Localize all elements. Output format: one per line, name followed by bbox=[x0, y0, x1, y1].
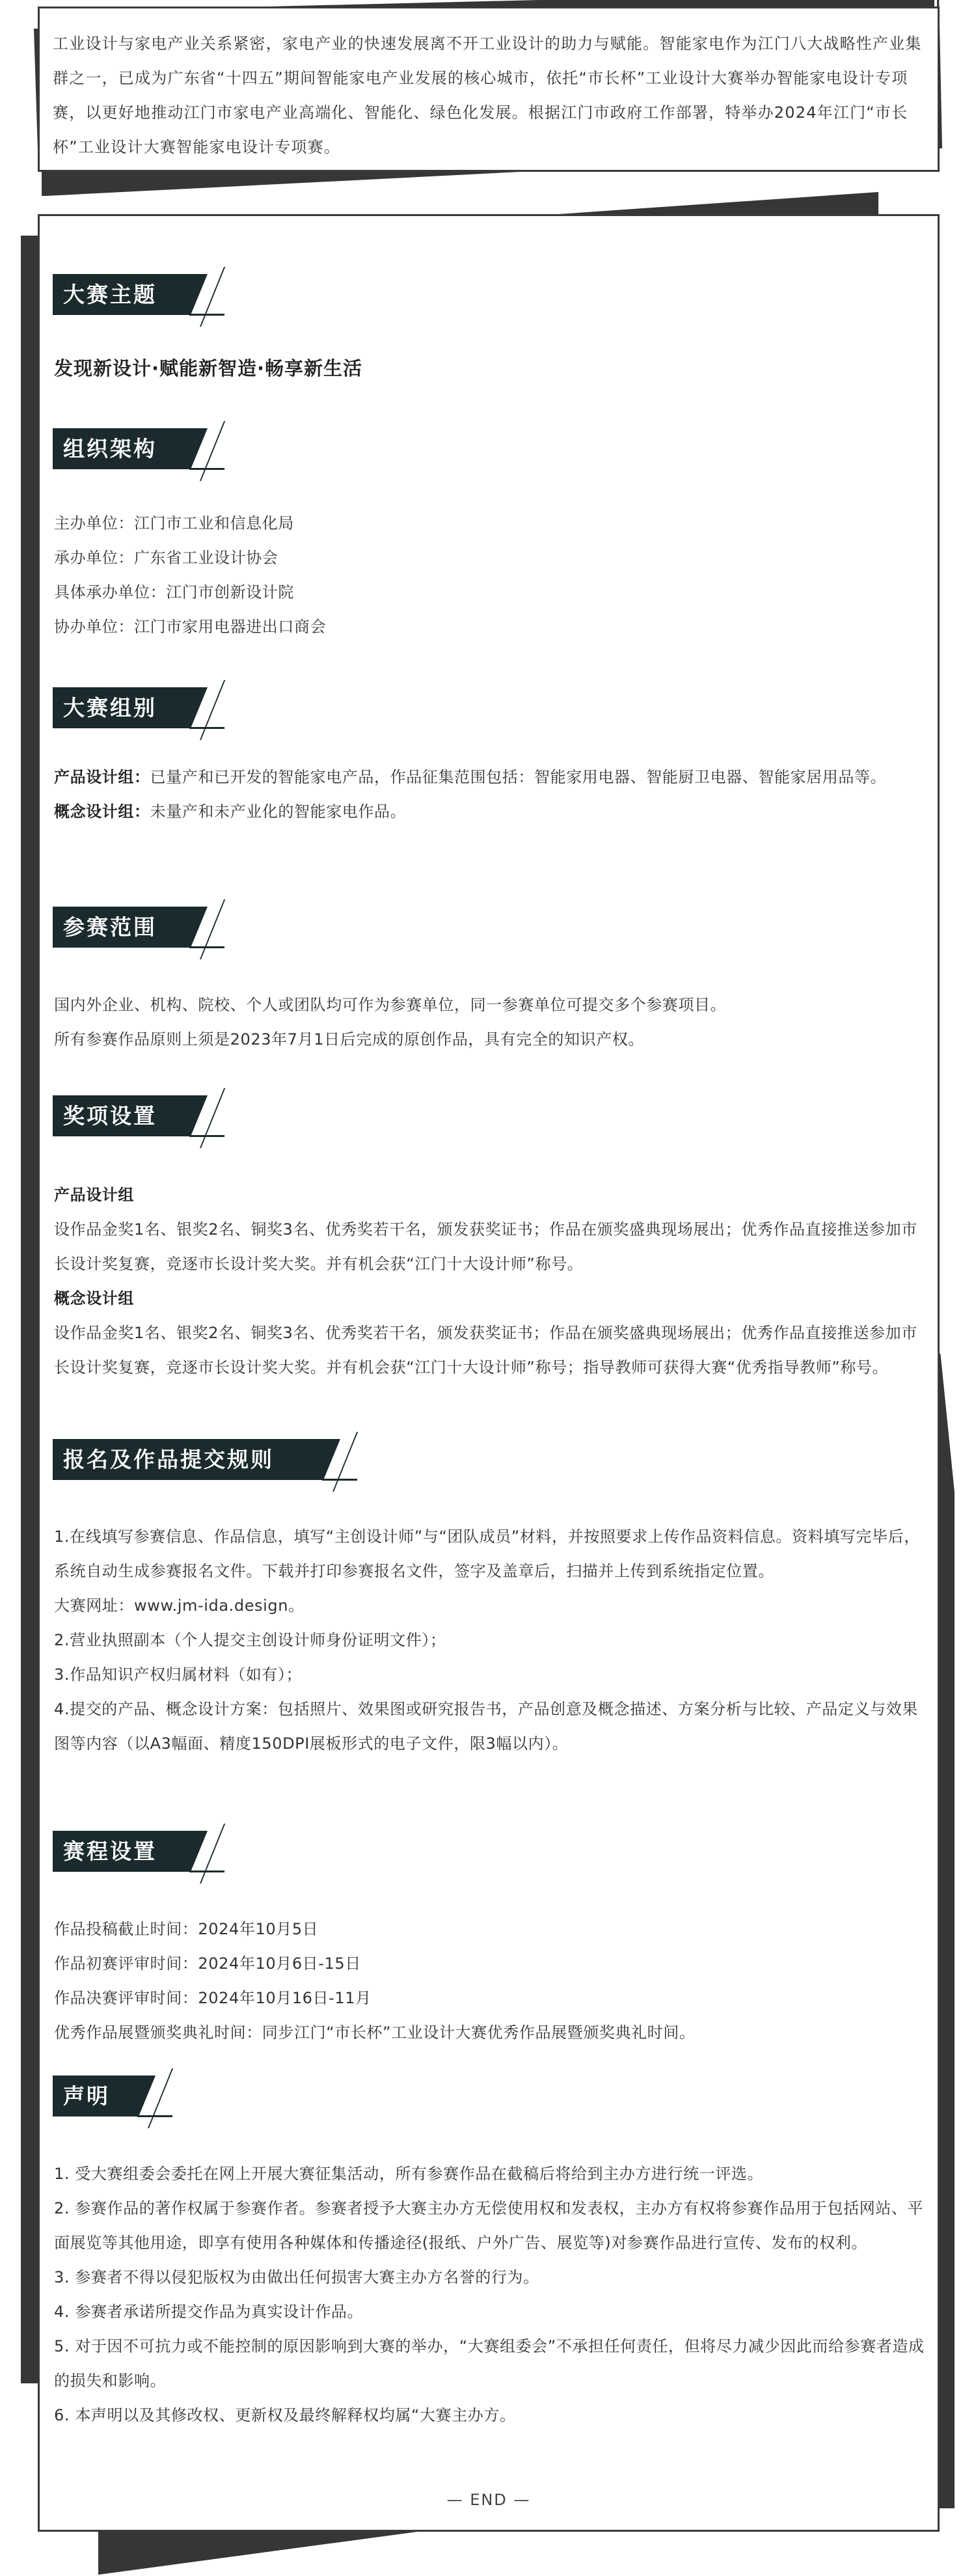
section-title: 声明 bbox=[53, 2076, 156, 2117]
intro-box: 工业设计与家电产业关系紧密，家电产业的快速发展离不开工业设计的助力与赋能。智能家… bbox=[38, 7, 940, 172]
organization-item: 主办单位：江门市工业和信息化局 bbox=[54, 506, 932, 541]
header-baseline-decoration bbox=[189, 727, 224, 729]
rule-item-website: 大赛网址：www.jm-ida.design。 bbox=[54, 1589, 932, 1623]
main-top-shadow bbox=[540, 192, 878, 215]
main-bottom-shadow bbox=[98, 2529, 437, 2575]
group-item-concept: 概念设计组：未量产和未产业化的智能家电作品。 bbox=[54, 795, 932, 829]
disclaimer-item: 6. 本声明以及其修改权、更新权及最终解释权均属“大赛主办方。 bbox=[54, 2398, 932, 2433]
award-group-desc: 设作品金奖1名、银奖2名、铜奖3名、优秀奖若干名，颁发获奖证书；作品在颁奖盛典现… bbox=[54, 1213, 932, 1281]
header-baseline-decoration bbox=[189, 314, 224, 316]
header-baseline-decoration bbox=[189, 1135, 224, 1137]
theme-slogan: 发现新设计·赋能新智造·畅享新生活 bbox=[54, 351, 932, 386]
section-title: 赛程设置 bbox=[53, 1831, 208, 1872]
section-title: 大赛主题 bbox=[53, 274, 208, 315]
disclaimer-list: 1. 受大赛组委会委托在网上开展大赛征集活动，所有参赛作品在截稿后将给到主办方进… bbox=[54, 2157, 932, 2433]
disclaimer-item: 2. 参赛作品的著作权属于参赛作者。参赛者授予大赛主办方无偿使用权和发表权，主办… bbox=[54, 2191, 932, 2260]
header-baseline-decoration bbox=[189, 946, 224, 948]
rule-item: 1.在线填写参赛信息、作品信息，填写“主创设计师”与“团队成员”材料，并按照要求… bbox=[54, 1520, 932, 1589]
awards-list: 产品设计组 设作品金奖1名、银奖2名、铜奖3名、优秀奖若干名，颁发获奖证书；作品… bbox=[54, 1178, 932, 1385]
group-label: 产品设计组： bbox=[54, 768, 150, 786]
disclaimer-item: 1. 受大赛组委会委托在网上开展大赛征集活动，所有参赛作品在截稿后将给到主办方进… bbox=[54, 2157, 932, 2191]
scope-item: 国内外企业、机构、院校、个人或团队均可作为参赛单位，同一参赛单位可提交多个参赛项… bbox=[54, 988, 932, 1022]
groups-list: 产品设计组：已量产和已开发的智能家电产品，作品征集范围包括：智能家用电器、智能厨… bbox=[54, 760, 932, 829]
disclaimer-item: 5. 对于因不可抗力或不能控制的原因影响到大赛的举办，“大赛组委会”不承担任何责… bbox=[54, 2329, 932, 2398]
group-item-product: 产品设计组：已量产和已开发的智能家电产品，作品征集范围包括：智能家用电器、智能厨… bbox=[54, 760, 932, 795]
disclaimer-item: 4. 参赛者承诺所提交作品为真实设计作品。 bbox=[54, 2295, 932, 2329]
section-title: 组织架构 bbox=[53, 428, 208, 469]
section-title: 参赛范围 bbox=[53, 907, 208, 948]
section-title: 奖项设置 bbox=[53, 1095, 208, 1136]
organization-list: 主办单位：江门市工业和信息化局 承办单位：广东省工业设计协会 具体承办单位：江门… bbox=[54, 506, 932, 644]
disclaimer-item: 3. 参赛者不得以侵犯版权为由做出任何损害大赛主办方名誉的行为。 bbox=[54, 2260, 932, 2295]
schedule-item: 作品投稿截止时间：2024年10月5日 bbox=[54, 1912, 932, 1947]
section-title: 大赛组别 bbox=[53, 687, 208, 728]
rule-item: 3.作品知识产权归属材料（如有）； bbox=[54, 1658, 932, 1692]
intro-paragraph: 工业设计与家电产业关系紧密，家电产业的快速发展离不开工业设计的助力与赋能。智能家… bbox=[53, 27, 931, 165]
award-group-name: 产品设计组 bbox=[54, 1178, 932, 1213]
award-group-desc: 设作品金奖1名、银奖2名、铜奖3名、优秀奖若干名，颁发获奖证书；作品在颁奖盛典现… bbox=[54, 1316, 932, 1385]
section-title: 报名及作品提交规则 bbox=[53, 1439, 340, 1480]
organization-item: 承办单位：广东省工业设计协会 bbox=[54, 541, 932, 575]
schedule-list: 作品投稿截止时间：2024年10月5日 作品初赛评审时间：2024年10月6日-… bbox=[54, 1912, 932, 2050]
intro-bottom-shadow bbox=[42, 171, 536, 196]
end-mark: — END — bbox=[40, 2491, 938, 2509]
header-baseline-decoration bbox=[189, 468, 224, 470]
group-desc: 已量产和已开发的智能家电产品，作品征集范围包括：智能家用电器、智能厨卫电器、智能… bbox=[150, 768, 887, 786]
header-baseline-decoration bbox=[137, 2115, 172, 2117]
organization-item: 具体承办单位：江门市创新设计院 bbox=[54, 575, 932, 610]
scope-list: 国内外企业、机构、院校、个人或团队均可作为参赛单位，同一参赛单位可提交多个参赛项… bbox=[54, 988, 932, 1057]
main-content-box: 大赛主题 发现新设计·赋能新智造·畅享新生活 组织架构 主办单位：江门市工业和信… bbox=[38, 214, 940, 2532]
group-label: 概念设计组： bbox=[54, 802, 150, 821]
organization-item: 协办单位：江门市家用电器进出口商会 bbox=[54, 610, 932, 644]
header-baseline-decoration bbox=[322, 1479, 357, 1481]
schedule-item: 优秀作品展暨颁奖典礼时间：同步江门“市长杯”工业设计大赛优秀作品展暨颁奖典礼时间… bbox=[54, 2016, 932, 2050]
header-baseline-decoration bbox=[189, 1870, 224, 1872]
schedule-item: 作品初赛评审时间：2024年10月6日-15日 bbox=[54, 1947, 932, 1981]
main-right-shadow bbox=[937, 1354, 955, 2508]
rule-item: 4.提交的产品、概念设计方案：包括照片、效果图或研究报告书，产品创意及概念描述、… bbox=[54, 1692, 932, 1761]
schedule-item: 作品决赛评审时间：2024年10月16日-11月 bbox=[54, 1981, 932, 2016]
scope-item: 所有参赛作品原则上须是2023年7月1日后完成的原创作品，具有完全的知识产权。 bbox=[54, 1022, 932, 1057]
award-group-name: 概念设计组 bbox=[54, 1281, 932, 1316]
group-desc: 未量产和未产业化的智能家电作品。 bbox=[150, 802, 407, 821]
rules-list: 1.在线填写参赛信息、作品信息，填写“主创设计师”与“团队成员”材料，并按照要求… bbox=[54, 1520, 932, 1761]
rule-item: 2.营业执照副本（个人提交主创设计师身份证明文件）； bbox=[54, 1623, 932, 1658]
